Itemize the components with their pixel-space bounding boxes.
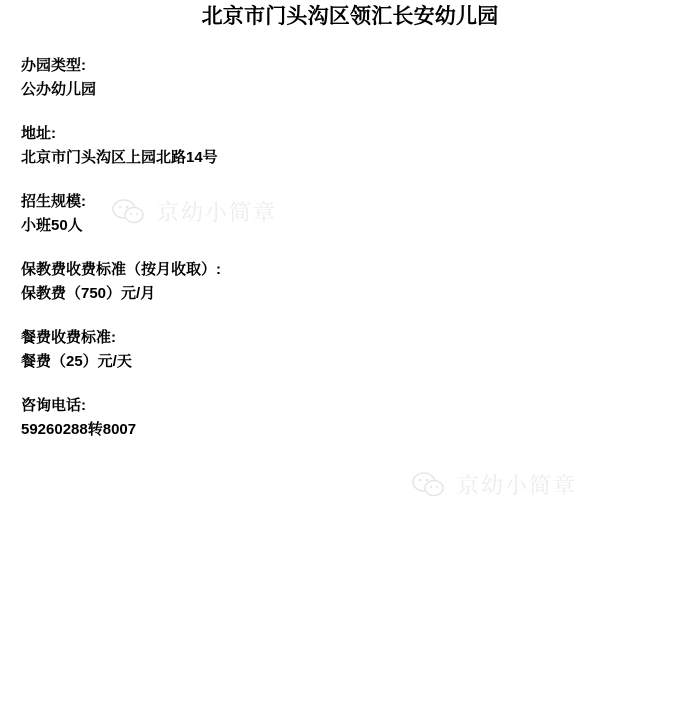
field-value: 公办幼儿园 [21,78,221,102]
field-meal-fee: 餐费收费标准: 餐费（25）元/天 [21,326,221,374]
field-value: 59260288转8007 [21,418,221,442]
wechat-logo-icon [111,198,147,226]
info-list: 办园类型: 公办幼儿园 地址: 北京市门头沟区上园北路14号 招生规模: 小班5… [21,54,221,462]
page-title: 北京市门头沟区领汇长安幼儿园 [0,3,700,31]
field-label: 保教费收费标准（按月收取）: [21,258,221,282]
watermark-text: 京幼小简章 [157,196,277,227]
watermark: 京幼小简章 [111,196,277,227]
field-address: 地址: 北京市门头沟区上园北路14号 [21,122,221,170]
watermark: 京幼小简章 [411,469,577,500]
field-label: 餐费收费标准: [21,326,221,350]
field-school-type: 办园类型: 公办幼儿园 [21,54,221,102]
field-label: 咨询电话: [21,394,221,418]
field-label: 办园类型: [21,54,221,78]
field-value: 北京市门头沟区上园北路14号 [21,146,221,170]
field-value: 餐费（25）元/天 [21,350,221,374]
watermark-text: 京幼小简章 [457,469,577,500]
wechat-logo-icon [411,471,447,499]
field-value: 保教费（750）元/月 [21,282,221,306]
field-label: 地址: [21,122,221,146]
field-tuition: 保教费收费标准（按月收取）: 保教费（750）元/月 [21,258,221,306]
field-phone: 咨询电话: 59260288转8007 [21,394,221,442]
